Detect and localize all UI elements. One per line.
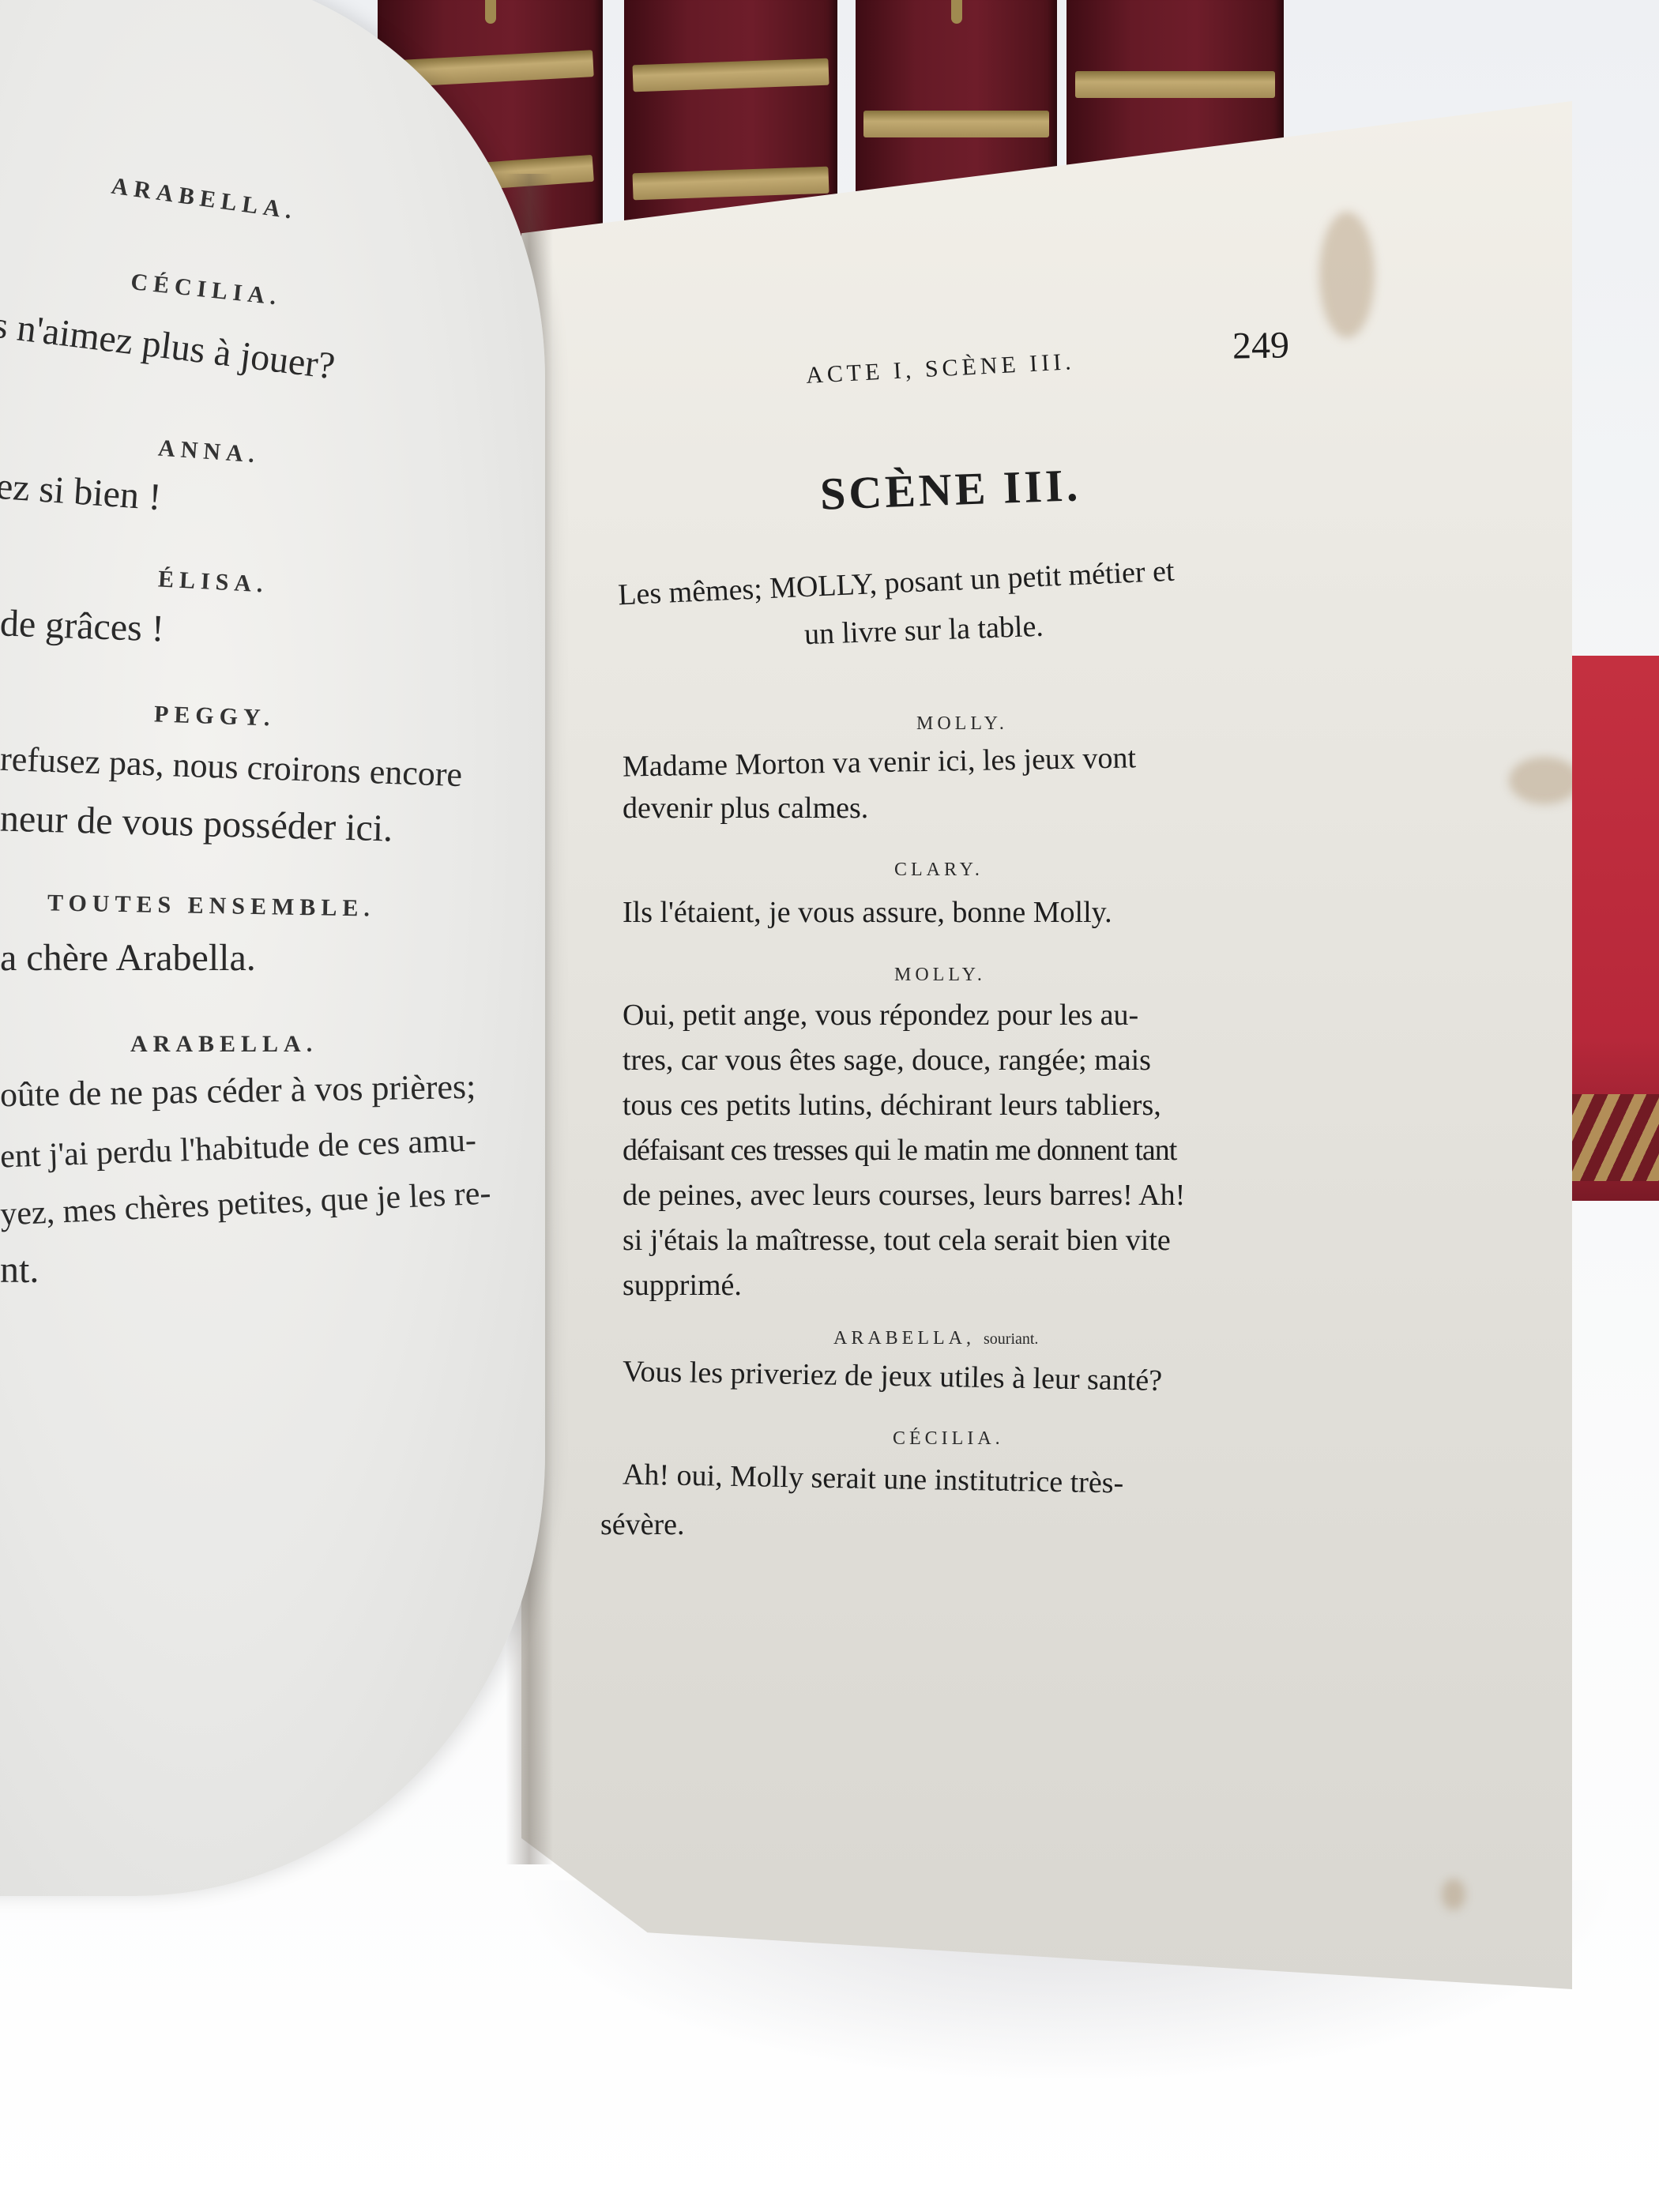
scene-title: SCÈNE III.: [819, 458, 1082, 520]
red-book-cover: [1568, 656, 1659, 1201]
stage-direction: un livre sur la table.: [803, 609, 1044, 653]
speaker-name: CLARY.: [894, 860, 984, 881]
left-page-text: ARABELLA. CÉCILIA. s n'aimez plus à joue…: [0, 0, 545, 1501]
speaker-name: MOLLY.: [916, 713, 1008, 735]
red-book-gold-tooling: [1568, 1094, 1659, 1181]
speaker-name: CÉCILIA.: [893, 1428, 1004, 1450]
dialogue-line: supprimé.: [623, 1268, 742, 1303]
speaker-name-text: ARABELLA,: [833, 1328, 975, 1349]
running-head: ACTE I, SCÈNE III.: [805, 348, 1075, 389]
dialogue-line: si j'étais la maîtresse, tout cela serai…: [623, 1223, 1171, 1258]
dialogue-line: de peines, avec leurs courses, leurs bar…: [623, 1178, 1185, 1213]
speaker-name: ARABELLA, souriant.: [833, 1328, 1038, 1349]
dialogue-line: a chère Arabella.: [0, 936, 256, 980]
spine-ornament-icon: [951, 0, 962, 24]
spine-gold-band: [1075, 71, 1275, 98]
dialogue-line: défaisant ces tresses qui le matin me do…: [623, 1133, 1176, 1168]
dialogue-line: oûte de ne pas céder à vos prières;: [0, 1066, 476, 1115]
dialogue-line: ez si bien !: [0, 465, 163, 519]
dialogue-line: s n'aimez plus à jouer?: [0, 303, 337, 389]
stage-direction: Les mêmes; MOLLY, posant un petit métier…: [617, 554, 1175, 613]
spine-gold-band: [632, 58, 829, 92]
dialogue-line: neur de vous posséder ici.: [0, 797, 393, 851]
speaker-name: PEGGY.: [153, 701, 276, 732]
spine-gold-band: [632, 167, 829, 201]
speaker-name: MOLLY.: [894, 965, 986, 986]
dialogue-line: devenir plus calmes.: [623, 791, 868, 826]
foxing-stain: [1442, 1879, 1465, 1910]
dialogue-line: Vous les priveriez de jeux utiles à leur…: [623, 1354, 1163, 1398]
right-page: 249 ACTE I, SCÈNE III. SCÈNE III. Les mê…: [521, 101, 1572, 1989]
dialogue-line: refusez pas, nous croirons encore: [0, 739, 463, 795]
speaker-note: souriant.: [984, 1330, 1038, 1348]
dialogue-line: de grâces !: [0, 601, 165, 650]
speaker-name: ARABELLA.: [110, 173, 299, 226]
dialogue-line: yez, mes chères petites, que je les re-: [0, 1174, 491, 1233]
speaker-name: TOUTES ENSEMBLE.: [47, 890, 375, 922]
dialogue-line: sévère.: [600, 1507, 685, 1542]
speaker-name: CÉCILIA.: [130, 269, 283, 311]
dialogue-line: Ils l'étaient, je vous assure, bonne Mol…: [623, 895, 1112, 930]
dialogue-line: Ah! oui, Molly serait une institutrice t…: [623, 1457, 1124, 1500]
left-page: ARABELLA. CÉCILIA. s n'aimez plus à joue…: [0, 0, 545, 1896]
dialogue-line: Madame Morton va venir ici, les jeux von…: [623, 740, 1137, 784]
dialogue-line: tres, car vous êtes sage, douce, rangée;…: [623, 1043, 1151, 1078]
dialogue-line: tous ces petits lutins, déchirant leurs …: [623, 1088, 1161, 1123]
speaker-name: ANNA.: [157, 435, 261, 469]
page-number: 249: [1232, 323, 1290, 367]
speaker-name: ÉLISA.: [157, 566, 269, 598]
dialogue-line: Oui, petit ange, vous répondez pour les …: [623, 998, 1138, 1033]
foxing-stain: [1509, 757, 1580, 804]
dialogue-line: ent j'ai perdu l'habitude de ces amu-: [0, 1121, 477, 1176]
speaker-name: ARABELLA.: [130, 1031, 318, 1058]
foxing-stain: [1319, 212, 1375, 338]
spine-gold-band: [863, 111, 1049, 137]
dialogue-line: nt.: [0, 1248, 39, 1292]
